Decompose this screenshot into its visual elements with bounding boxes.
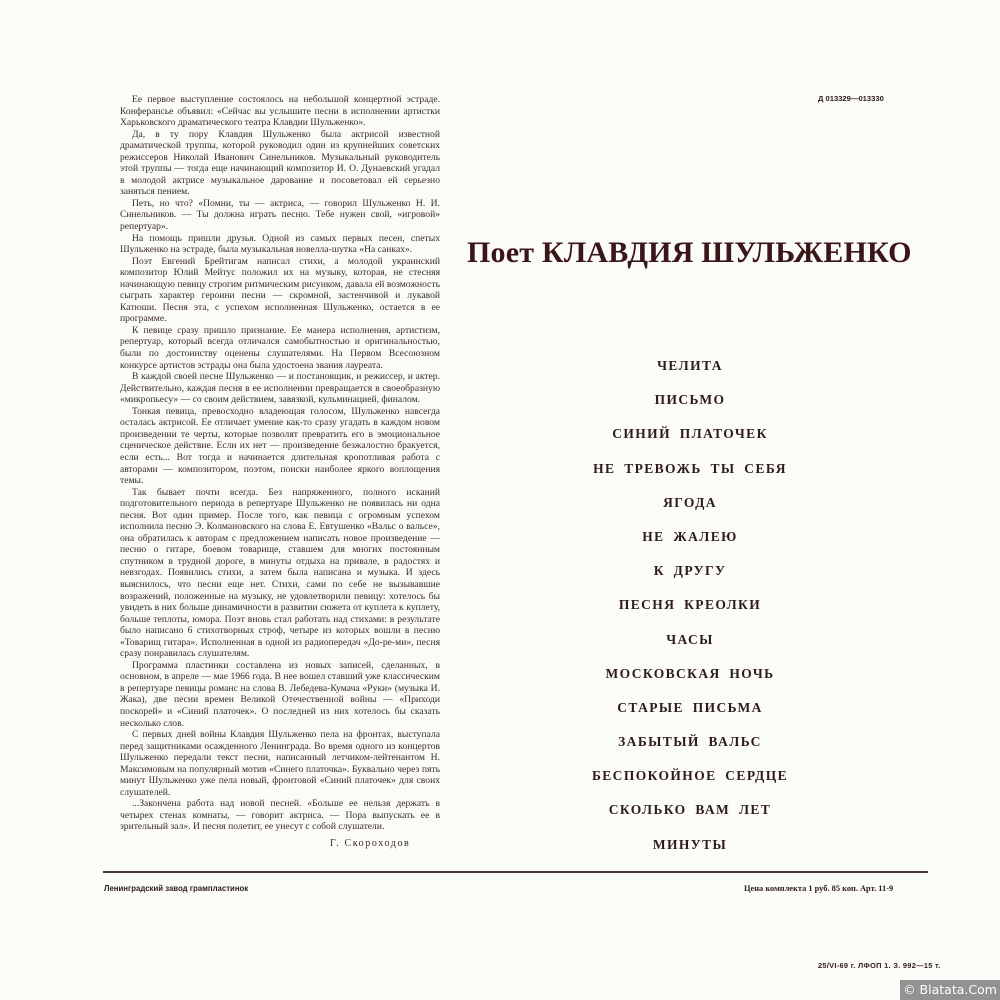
track-item: К ДРУГУ [580,561,800,595]
track-item: СТАРЫЕ ПИСЬМА [580,698,800,732]
track-item: ЯГОДА [580,493,800,527]
essay-paragraph: Петь, но что? «Помни, ты — актриса, — го… [120,198,440,233]
track-item: ЧАСЫ [580,630,800,664]
track-item: СИНИЙ ПЛАТОЧЕК [580,424,800,458]
track-item: НЕ ЖАЛЕЮ [580,527,800,561]
essay-paragraph: ...Закончена работа над новой песней. «Б… [120,798,440,833]
catalog-number: Д 013329—013330 [818,94,884,103]
essay-paragraph: Да, в ту пору Клавдия Шульженко была акт… [120,129,440,198]
price-label: Цена комплекта 1 руб. 85 коп. Арт. 11-9 [744,884,893,893]
track-item: СКОЛЬКО ВАМ ЛЕТ [580,800,800,834]
artist-name: КЛАВДИЯ ШУЛЬЖЕНКО [542,236,912,269]
essay-author: Г. Скороходов [330,838,410,849]
track-item: МИНУТЫ [580,835,800,869]
essay-paragraph: Тонкая певица, превосходно владеющая гол… [120,406,440,487]
liner-notes-essay: Ее первое выступление состоялось на небо… [120,94,440,833]
footer-divider [103,871,928,873]
essay-paragraph: Программа пластинки составлена из новых … [120,660,440,729]
album-title: Поет КЛАВДИЯ ШУЛЬЖЕНКО [467,236,907,270]
manufacturer-label: Ленинградский завод грампластинок [104,884,248,893]
essay-paragraph: На помощь пришли друзья. Одной из самых … [120,233,440,256]
essay-paragraph: К певице сразу пришло признание. Ее мане… [120,325,440,371]
watermark: © Blatata.Com [900,980,1000,1000]
track-item: ЗАБЫТЫЙ ВАЛЬС [580,732,800,766]
track-item: ПИСЬМО [580,390,800,424]
print-info: 25/VI-69 г. ЛФОП 1. З. 992—15 т. [818,961,941,970]
track-item: ПЕСНЯ КРЕОЛКИ [580,595,800,629]
track-item: ЧЕЛИТА [580,356,800,390]
album-title-prefix: Поет [467,236,534,269]
track-list: ЧЕЛИТА ПИСЬМО СИНИЙ ПЛАТОЧЕК НЕ ТРЕВОЖЬ … [580,356,800,869]
track-item: НЕ ТРЕВОЖЬ ТЫ СЕБЯ [580,459,800,493]
track-item: БЕСПОКОЙНОЕ СЕРДЦЕ [580,766,800,800]
essay-paragraph: Поэт Евгений Брейтигам написал стихи, а … [120,256,440,325]
essay-paragraph: С первых дней войны Клавдия Шульженко пе… [120,729,440,798]
essay-paragraph: В каждой своей песне Шульженко — и поста… [120,371,440,406]
track-item: МОСКОВСКАЯ НОЧЬ [580,664,800,698]
essay-paragraph: Так бывает почти всегда. Без напряженног… [120,487,440,660]
essay-paragraph: Ее первое выступление состоялось на небо… [120,94,440,129]
